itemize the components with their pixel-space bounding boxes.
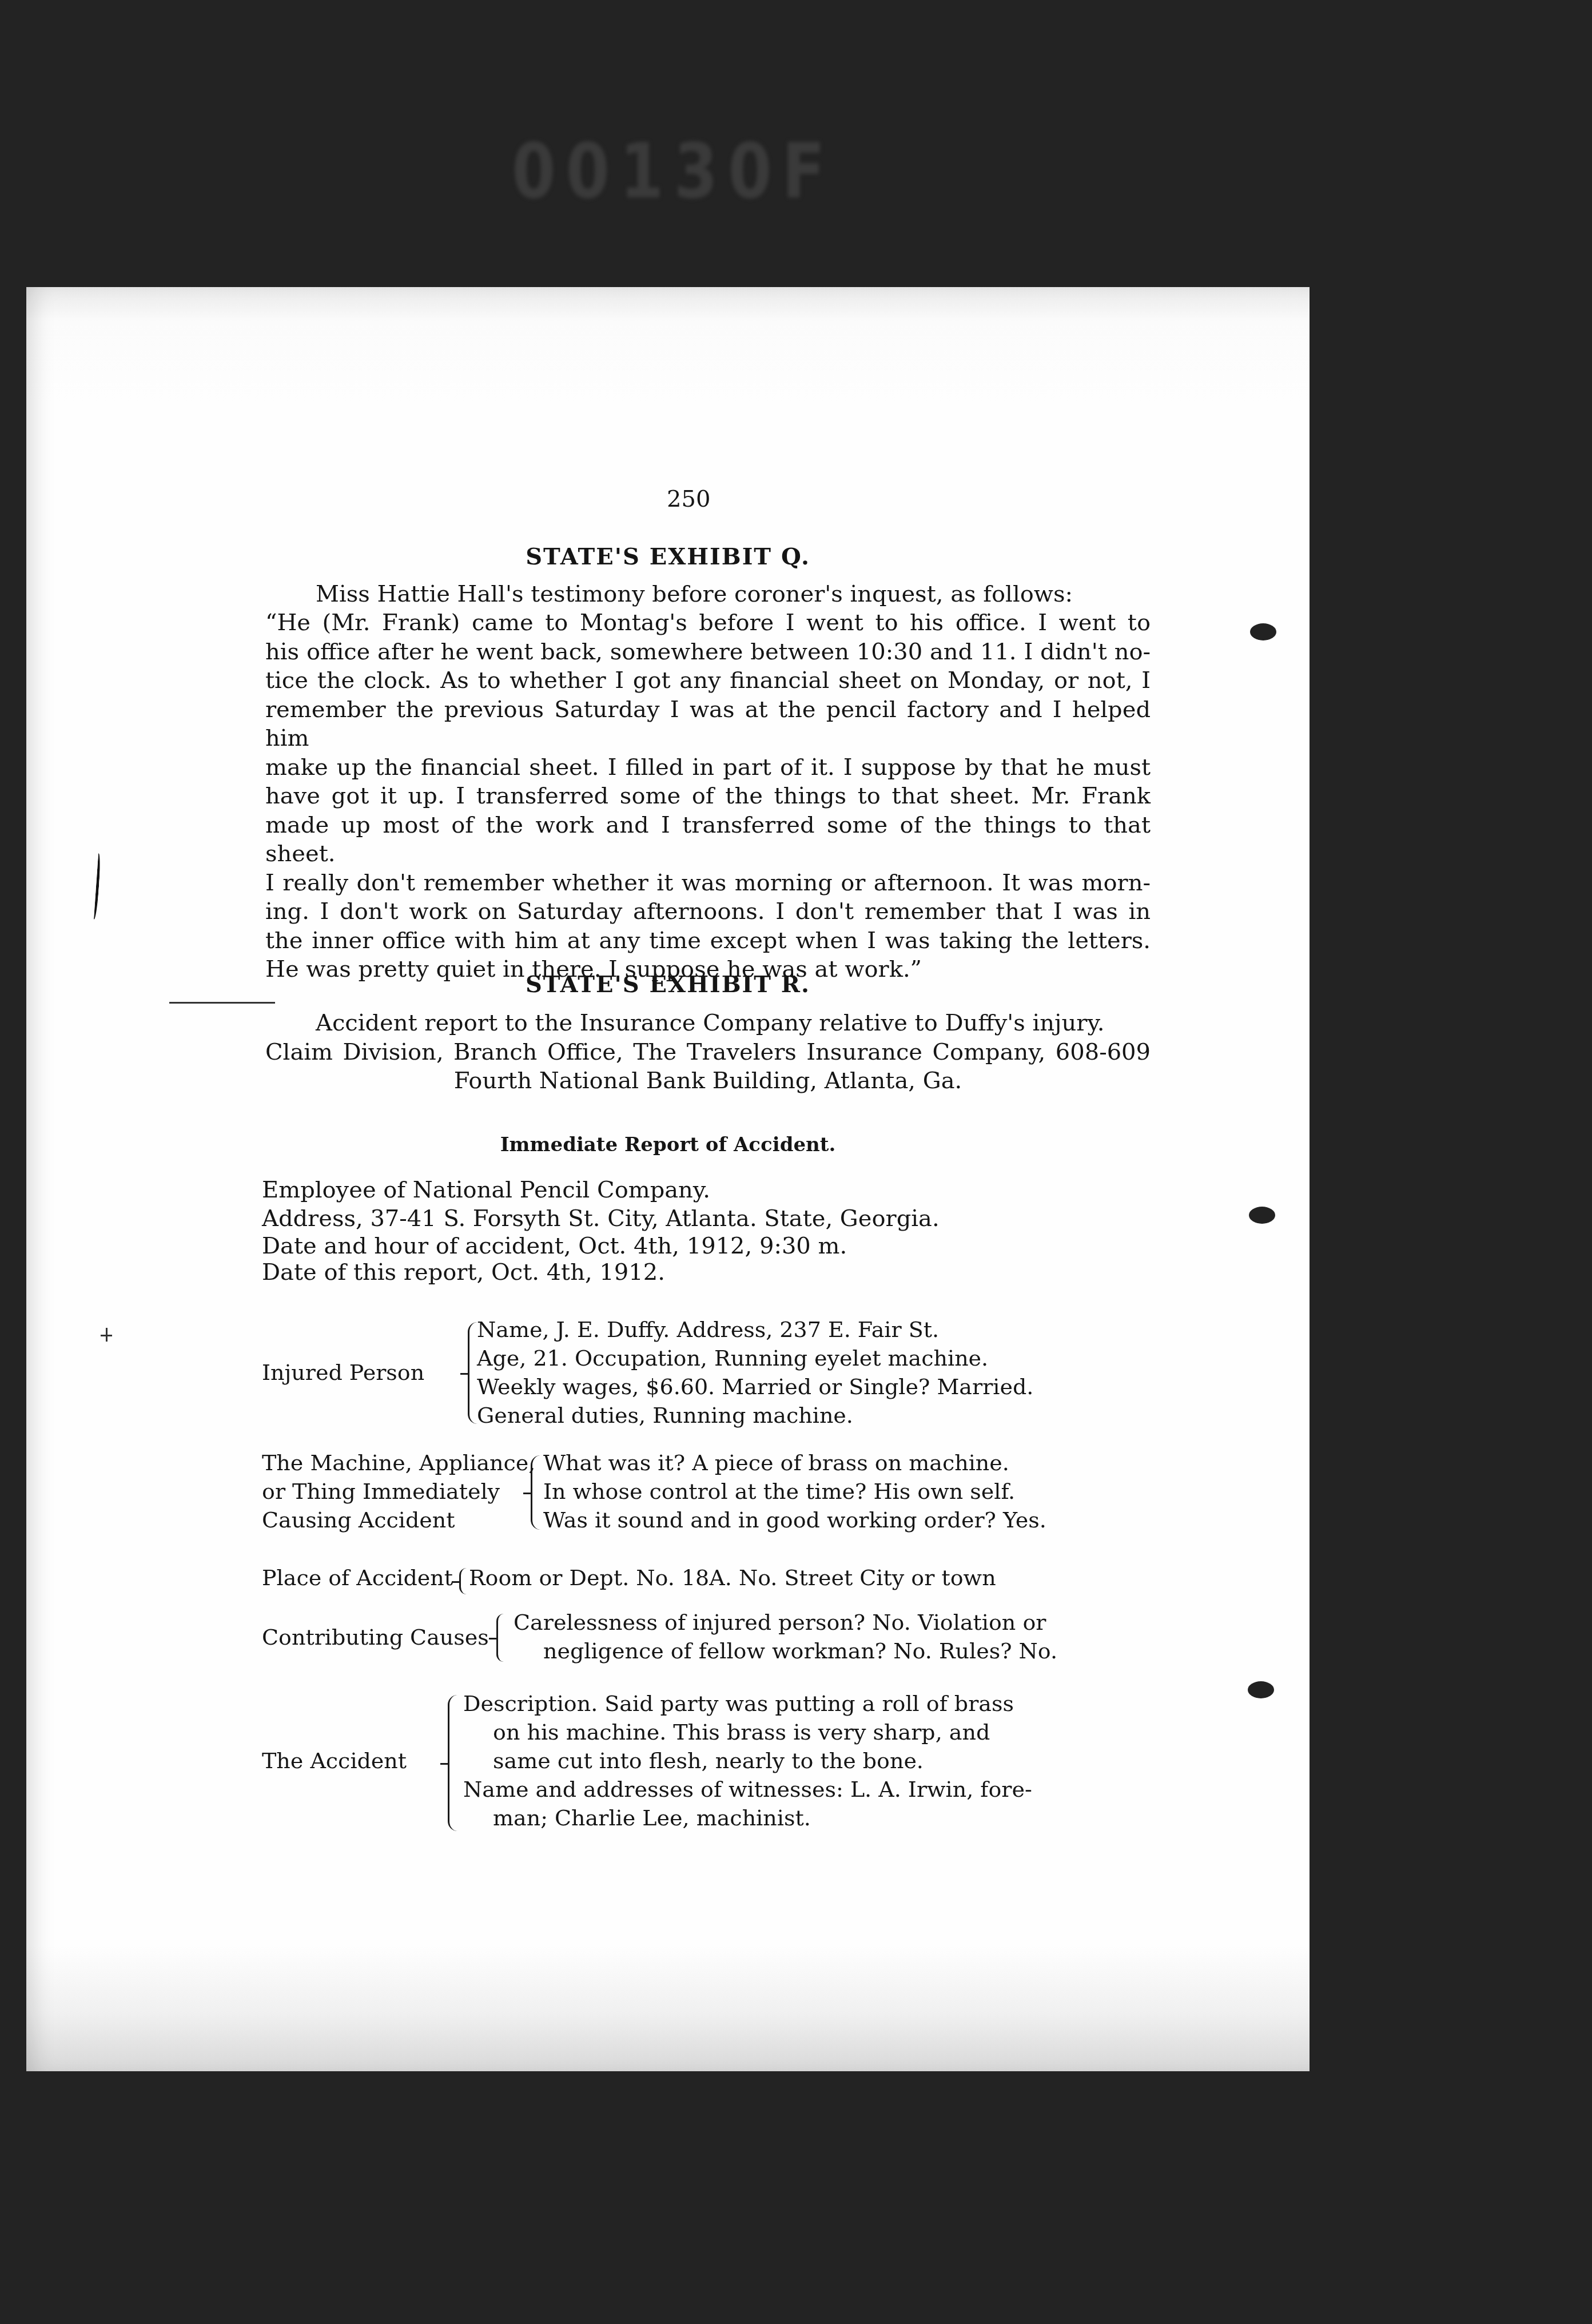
contributing-cause-line: negligence of fellow workman? No. Rules?… — [514, 1637, 1057, 1665]
testimony-line: have got it up. I transferred some of th… — [265, 782, 1151, 811]
exhibit-q-intro: Miss Hattie Hall's testimony before coro… — [316, 580, 1073, 609]
testimony-line: remember the previous Saturday I was at … — [265, 695, 1151, 753]
exhibit-r-intro-line: Accident report to the Insurance Company… — [265, 1009, 1151, 1038]
page-number: 250 — [667, 486, 710, 512]
report-title: Immediate Report of Accident. — [26, 1133, 1310, 1156]
contributing-causes-label: Contributing Causes — [262, 1623, 489, 1652]
report-field: Date and hour of accident, Oct. 4th, 191… — [262, 1233, 847, 1259]
accident-line: Name and addresses of witnesses: L. A. I… — [463, 1775, 1032, 1804]
machine-details: What was it? A piece of brass on machine… — [543, 1448, 1046, 1534]
injured-person-label: Injured Person — [262, 1358, 424, 1387]
exhibit-r-intro-line: Claim Division, Branch Office, The Trave… — [265, 1038, 1151, 1067]
report-field: Address, 37-41 S. Forsyth St. City, Atla… — [262, 1205, 940, 1232]
machine-detail-line: What was it? A piece of brass on machine… — [543, 1448, 1046, 1477]
document-content: 250 STATE'S EXHIBIT Q. Miss Hattie Hall'… — [26, 287, 1310, 2071]
exhibit-q-title: STATE'S EXHIBIT Q. — [26, 543, 1310, 570]
contributing-causes-details: Carelessness of injured person? No. Viol… — [514, 1608, 1057, 1665]
report-field: Employee of National Pencil Company. — [262, 1177, 710, 1203]
place-details: Room or Dept. No. 18A. No. Street City o… — [469, 1563, 996, 1592]
testimony-line: the inner office with him at any time ex… — [265, 926, 1151, 956]
accident-line: on his machine. This brass is very sharp… — [463, 1718, 1032, 1746]
exhibit-q-testimony: “He (Mr. Frank) came to Montag's before … — [265, 608, 1151, 984]
testimony-line: his office after he went back, somewhere… — [265, 638, 1151, 667]
machine-detail-line: Was it sound and in good working order? … — [543, 1506, 1046, 1534]
brace-icon — [459, 1568, 467, 1594]
injured-person-line: Age, 21. Occupation, Running eyelet mach… — [477, 1344, 1033, 1372]
testimony-line: make up the financial sheet. I filled in… — [265, 753, 1151, 782]
machine-label-line: or Thing Immediately — [262, 1477, 535, 1506]
document-page: 250 STATE'S EXHIBIT Q. Miss Hattie Hall'… — [26, 287, 1310, 2071]
exhibit-r-intro-line: Fourth National Bank Building, Atlanta, … — [265, 1067, 1151, 1096]
injured-person-line: General duties, Running machine. — [477, 1401, 1033, 1430]
the-accident-details: Description. Said party was putting a ro… — [463, 1689, 1032, 1832]
machine-label: The Machine, Appliance,or Thing Immediat… — [262, 1448, 535, 1534]
accident-line: man; Charlie Lee, machinist. — [463, 1804, 1032, 1832]
testimony-line: “He (Mr. Frank) came to Montag's before … — [265, 608, 1151, 638]
injured-person-details: Name, J. E. Duffy. Address, 237 E. Fair … — [477, 1315, 1033, 1430]
brace-icon — [468, 1322, 477, 1424]
contributing-cause-line: Carelessness of injured person? No. Viol… — [514, 1608, 1057, 1637]
the-accident-label: The Accident — [262, 1746, 407, 1775]
machine-detail-line: In whose control at the time? His own se… — [543, 1477, 1046, 1506]
report-field: Date of this report, Oct. 4th, 1912. — [262, 1259, 665, 1286]
testimony-line: I really don't remember whether it was m… — [265, 869, 1151, 898]
machine-label-line: The Machine, Appliance, — [262, 1448, 535, 1477]
testimony-line: tice the clock. As to whether I got any … — [265, 666, 1151, 695]
exhibit-r-title: STATE'S EXHIBIT R. — [26, 971, 1310, 998]
injured-person-line: Weekly wages, $6.60. Married or Single? … — [477, 1372, 1033, 1401]
brace-icon — [448, 1695, 457, 1831]
injured-person-line: Name, J. E. Duffy. Address, 237 E. Fair … — [477, 1315, 1033, 1344]
accident-line: same cut into flesh, nearly to the bone. — [463, 1746, 1032, 1775]
place-label: Place of Accident — [262, 1563, 453, 1592]
brace-icon — [496, 1614, 504, 1662]
testimony-line: ing. I don't work on Saturday afternoons… — [265, 897, 1151, 926]
machine-label-line: Causing Accident — [262, 1506, 535, 1534]
testimony-line: made up most of the work and I transferr… — [265, 811, 1151, 869]
brace-icon — [531, 1455, 540, 1530]
accident-line: Description. Said party was putting a ro… — [463, 1689, 1032, 1718]
film-frame-header: 00130F — [512, 127, 835, 215]
exhibit-r-intro: Accident report to the Insurance Company… — [265, 1009, 1151, 1096]
